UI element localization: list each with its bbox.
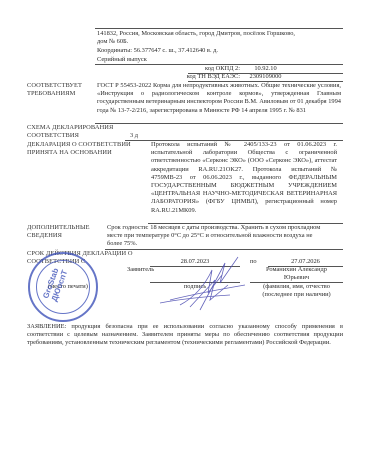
coordinates: Координаты: 56.377647 с. ш., 37.412640 в… bbox=[97, 47, 347, 55]
declaration-statement: ЗАЯВЛЕНИЕ: продукция безопасна при ее ис… bbox=[27, 323, 343, 348]
address-line-2: дом № 60Б. bbox=[97, 38, 347, 46]
conformity-text: ГОСТ Р 55453-2022 Корма для непродуктивн… bbox=[97, 82, 341, 115]
name-caption-1: (фамилия, имя, отчество bbox=[250, 283, 343, 291]
scheme-value: 3 д bbox=[130, 132, 150, 140]
handwritten-signature bbox=[150, 255, 260, 315]
tnved-value: 2309109000 bbox=[188, 73, 343, 81]
validity-to: 27.07.2026 bbox=[268, 258, 343, 266]
address-line-1: 141832, Россия, Московская область, горо… bbox=[97, 30, 347, 38]
applicant-name-2: Юрьевич bbox=[250, 274, 343, 282]
conformity-label: СООТВЕТСТВУЕТ ТРЕБОВАНИЯМ bbox=[27, 82, 97, 98]
production-type: Серийный выпуск bbox=[97, 56, 347, 64]
name-caption-2: (последнее при наличии) bbox=[250, 291, 343, 299]
company-seal: GroStab ДЮоспТ bbox=[28, 252, 98, 322]
applicant-name-1: Романихин Александр bbox=[250, 266, 343, 274]
top-rule bbox=[95, 28, 343, 29]
basis-label: ДЕКЛАРАЦИЯ О СООТВЕТСТВИИ ПРИНЯТА НА ОСН… bbox=[27, 141, 147, 157]
okpd-value: 10.92.10 bbox=[188, 65, 343, 73]
scheme-label: СХЕМА ДЕКЛАРИРОВАНИЯ СООТВЕТСТВИЯ bbox=[27, 124, 137, 140]
additional-label: ДОПОЛНИТЕЛЬНЫЕ СВЕДЕНИЯ bbox=[27, 224, 107, 240]
additional-text: Срок годности: 18 месяцев с даты произво… bbox=[107, 224, 329, 249]
basis-text: Протокола испытаний № 2405/133-23 от 01.… bbox=[151, 141, 337, 215]
